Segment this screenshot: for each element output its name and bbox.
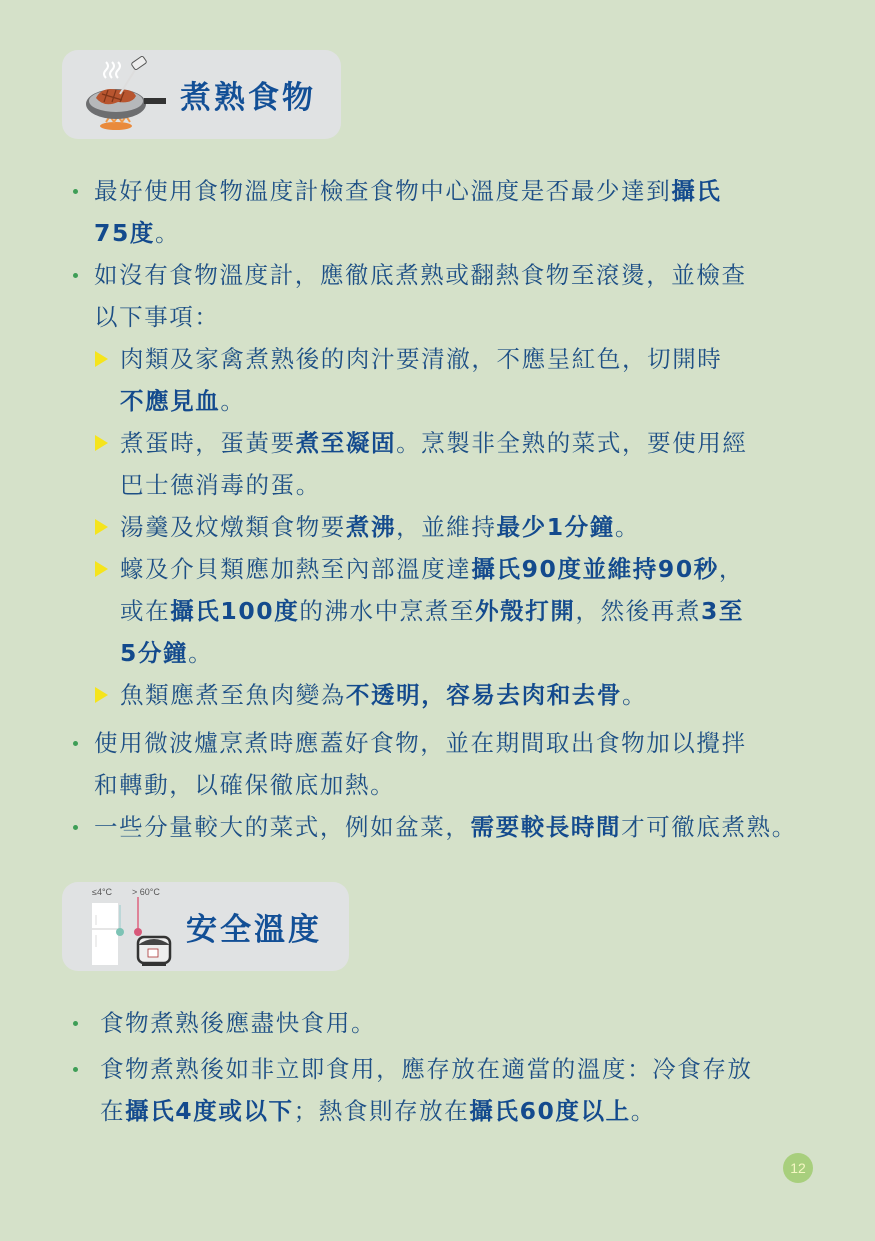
body-text: 食物煮熟後如非立即食用，應存放在適當的溫度：冷食存放 — [100, 1055, 753, 1083]
emphasis-text: 煮沸 — [346, 513, 396, 541]
text-line: 不應見血。 — [120, 380, 722, 422]
text-line: 蠔及介貝類應加熱至內部溫度達攝氏90度並維持90秒， — [120, 548, 744, 590]
text-line: 巴士德消毒的蛋。 — [120, 464, 748, 506]
bullet-dot-icon — [73, 825, 78, 830]
body-text: 和轉動，以確保徹底加熱。 — [94, 771, 395, 799]
body-text: 。 — [622, 681, 647, 709]
emphasis-text: 煮至凝固 — [296, 429, 396, 457]
sub-list-item: 魚類應煮至魚肉變為不透明，容易去肉和去骨。 — [120, 674, 647, 716]
body-text: 使用微波爐烹煮時應蓋好食物，並在期間取出食物加以攪拌 — [94, 729, 747, 757]
text-line: 煮蛋時，蛋黃要煮至凝固。烹製非全熟的菜式，要使用經 — [120, 422, 748, 464]
emphasis-text: 攝氏60度以上 — [469, 1097, 630, 1125]
body-text: ， — [719, 555, 744, 583]
body-text: 。 — [188, 639, 213, 667]
emphasis-text: 攝氏90度並維持90秒 — [471, 555, 719, 583]
emphasis-text: 3至 — [701, 597, 744, 625]
body-text: 湯羹及炆燉類食物要 — [120, 513, 346, 541]
emphasis-text: 最少1分鐘 — [497, 513, 615, 541]
fridge-rice-cooker-icon: ≤4°C > 60°C — [86, 885, 176, 969]
body-text: 煮蛋時，蛋黃要 — [120, 429, 296, 457]
bullet-dot-icon — [73, 741, 78, 746]
sub-list-item: 蠔及介貝類應加熱至內部溫度達攝氏90度並維持90秒，或在攝氏100度的沸水中烹煮… — [120, 548, 744, 674]
body-text: 食物煮熟後應盡快食用。 — [100, 1009, 376, 1037]
emphasis-text: 外殼打開 — [475, 597, 575, 625]
cold-temp-label: ≤4°C — [92, 887, 113, 897]
emphasis-text: 不透明，容易去肉和去骨 — [346, 681, 622, 709]
triangle-marker-icon — [95, 561, 108, 577]
emphasis-text: 攝氏100度 — [170, 597, 299, 625]
text-line: 使用微波爐烹煮時應蓋好食物，並在期間取出食物加以攪拌 — [94, 722, 747, 764]
list-item: 最好使用食物溫度計檢查食物中心溫度是否最少達到攝氏75度。 — [94, 170, 722, 254]
bullet-dot-icon — [73, 273, 78, 278]
text-line: 和轉動，以確保徹底加熱。 — [94, 764, 747, 806]
triangle-marker-icon — [95, 435, 108, 451]
emphasis-text: 75度 — [94, 219, 155, 247]
emphasis-text: 需要較長時間 — [471, 813, 622, 841]
body-text: ，並維持 — [396, 513, 496, 541]
body-text: 一些分量較大的菜式，例如盆菜， — [94, 813, 471, 841]
bullet-dot-icon — [73, 1021, 78, 1026]
text-line: 食物煮熟後應盡快食用。 — [100, 1002, 376, 1044]
text-line: 食物煮熟後如非立即食用，應存放在適當的溫度：冷食存放 — [100, 1048, 753, 1090]
body-text: 或在 — [120, 597, 170, 625]
body-text: 魚類應煮至魚肉變為 — [120, 681, 346, 709]
emphasis-text: 攝氏 — [671, 177, 721, 205]
text-line: 如沒有食物溫度計，應徹底煮熟或翻熱食物至滾燙，並檢查 — [94, 254, 747, 296]
body-text: 以下事項： — [94, 303, 220, 331]
body-text: 最好使用食物溫度計檢查食物中心溫度是否最少達到 — [94, 177, 671, 205]
section-title: 安全溫度 — [186, 904, 322, 949]
body-text: 才可徹底煮熟。 — [621, 813, 797, 841]
page-number-badge: 12 — [783, 1153, 813, 1183]
body-text: 。 — [220, 387, 245, 415]
emphasis-text: 攝氏4度或以下 — [125, 1097, 294, 1125]
body-text: 。 — [631, 1097, 656, 1125]
text-line: 一些分量較大的菜式，例如盆菜，需要較長時間才可徹底煮熟。 — [94, 806, 797, 848]
triangle-marker-icon — [95, 687, 108, 703]
frying-pan-steak-icon — [84, 56, 168, 134]
text-line: 5分鐘。 — [120, 632, 744, 674]
sub-list-item: 肉類及家禽煮熟後的肉汁要清澈，不應呈紅色，切開時不應見血。 — [120, 338, 722, 422]
text-line: 肉類及家禽煮熟後的肉汁要清澈，不應呈紅色，切開時 — [120, 338, 722, 380]
body-text: 。烹製非全熟的菜式，要使用經 — [396, 429, 747, 457]
bullet-dot-icon — [73, 189, 78, 194]
bullet-dot-icon — [73, 1067, 78, 1072]
section-title: 煮熟食物 — [180, 72, 316, 117]
body-text: 在 — [100, 1097, 125, 1125]
body-text: ，然後再煮 — [575, 597, 701, 625]
list-item: 使用微波爐烹煮時應蓋好食物，並在期間取出食物加以攪拌和轉動，以確保徹底加熱。 — [94, 722, 747, 806]
text-line: 最好使用食物溫度計檢查食物中心溫度是否最少達到攝氏 — [94, 170, 722, 212]
section-header-safe-temperature: ≤4°C > 60°C 安全溫度 — [62, 882, 349, 971]
triangle-marker-icon — [95, 351, 108, 367]
list-item: 食物煮熟後如非立即食用，應存放在適當的溫度：冷食存放在攝氏4度或以下；熱食則存放… — [100, 1048, 753, 1132]
list-item: 一些分量較大的菜式，例如盆菜，需要較長時間才可徹底煮熟。 — [94, 806, 797, 848]
text-line: 或在攝氏100度的沸水中烹煮至外殼打開，然後再煮3至 — [120, 590, 744, 632]
hot-temp-label: > 60°C — [132, 887, 160, 897]
text-line: 湯羹及炆燉類食物要煮沸，並維持最少1分鐘。 — [120, 506, 640, 548]
text-line: 魚類應煮至魚肉變為不透明，容易去肉和去骨。 — [120, 674, 647, 716]
list-item: 如沒有食物溫度計，應徹底煮熟或翻熱食物至滾燙，並檢查以下事項： — [94, 254, 747, 338]
body-text: 如沒有食物溫度計，應徹底煮熟或翻熱食物至滾燙，並檢查 — [94, 261, 747, 289]
sub-list-item: 煮蛋時，蛋黃要煮至凝固。烹製非全熟的菜式，要使用經巴士德消毒的蛋。 — [120, 422, 748, 506]
body-text: 。 — [155, 219, 180, 247]
text-line: 以下事項： — [94, 296, 747, 338]
sub-list-item: 湯羹及炆燉類食物要煮沸，並維持最少1分鐘。 — [120, 506, 640, 548]
list-item: 食物煮熟後應盡快食用。 — [100, 1002, 376, 1044]
body-text: 巴士德消毒的蛋。 — [120, 471, 321, 499]
body-text: 的沸水中烹煮至 — [299, 597, 475, 625]
section-header-cooking: 煮熟食物 — [62, 50, 341, 139]
body-text: 。 — [615, 513, 640, 541]
emphasis-text: 5分鐘 — [120, 639, 188, 667]
emphasis-text: 不應見血 — [120, 387, 220, 415]
text-line: 75度。 — [94, 212, 722, 254]
body-text: 肉類及家禽煮熟後的肉汁要清澈，不應呈紅色，切開時 — [120, 345, 722, 373]
text-line: 在攝氏4度或以下；熱食則存放在攝氏60度以上。 — [100, 1090, 753, 1132]
body-text: ；熱食則存放在 — [294, 1097, 470, 1125]
body-text: 蠔及介貝類應加熱至內部溫度達 — [120, 555, 471, 583]
triangle-marker-icon — [95, 519, 108, 535]
